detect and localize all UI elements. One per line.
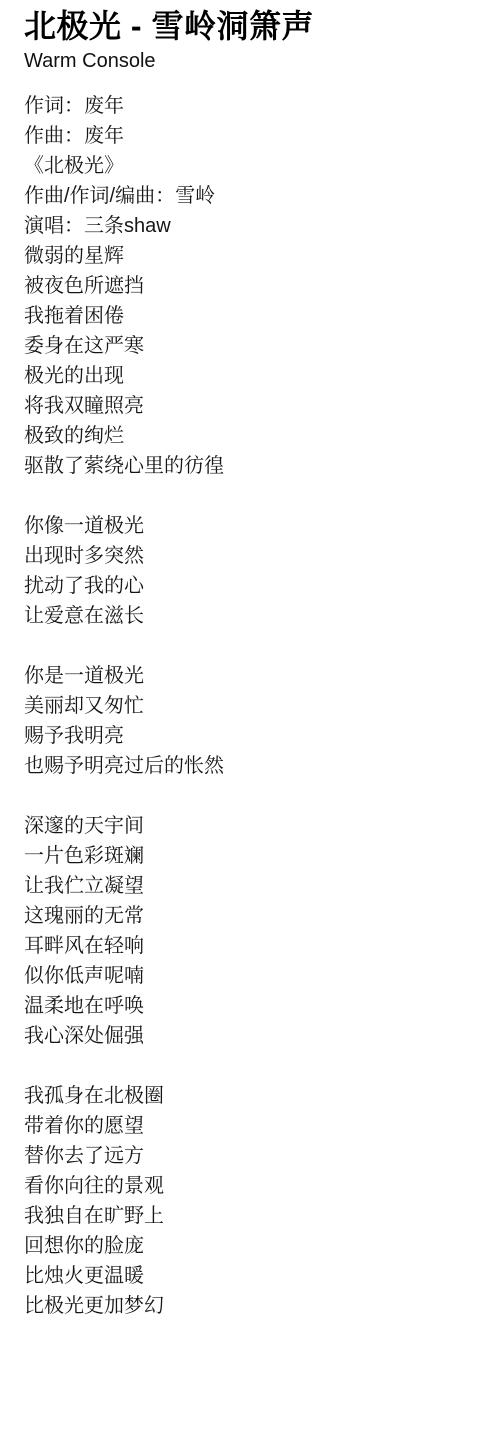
- lyric-line: 比烛火更温暖: [24, 1261, 476, 1291]
- lyric-line: 带着你的愿望: [24, 1111, 476, 1141]
- lyric-stanza: 你是一道极光美丽却又匆忙赐予我明亮也赐予明亮过后的怅然: [24, 661, 476, 781]
- lyric-line: 驱散了萦绕心里的彷徨: [24, 451, 476, 481]
- lyric-line: 耳畔风在轻响: [24, 931, 476, 961]
- lyric-line: 让我伫立凝望: [24, 871, 476, 901]
- page-title: 北极光 - 雪岭洞箫声: [24, 6, 476, 46]
- lyric-line: 我孤身在北极圈: [24, 1081, 476, 1111]
- lyric-line: 你像一道极光: [24, 511, 476, 541]
- lyric-line: 这瑰丽的无常: [24, 901, 476, 931]
- lyric-line: 回想你的脸庞: [24, 1231, 476, 1261]
- lyric-line: 出现时多突然: [24, 541, 476, 571]
- lyric-line: 也赐予明亮过后的怅然: [24, 751, 476, 781]
- lyric-line: 极光的出现: [24, 361, 476, 391]
- lyric-line: 我独自在旷野上: [24, 1201, 476, 1231]
- lyric-line: 扰动了我的心: [24, 571, 476, 601]
- lyric-line: 演唱：三条shaw: [24, 211, 476, 241]
- lyric-line: 让爱意在滋长: [24, 601, 476, 631]
- lyric-line: 委身在这严寒: [24, 331, 476, 361]
- lyric-line: 《北极光》: [24, 151, 476, 181]
- lyric-line: 将我双瞳照亮: [24, 391, 476, 421]
- lyric-line: 微弱的星辉: [24, 241, 476, 271]
- lyric-line: 我心深处倔强: [24, 1021, 476, 1051]
- lyric-line: 一片色彩斑斓: [24, 841, 476, 871]
- lyrics: 作词：废年作曲：废年《北极光》作曲/作词/编曲：雪岭演唱：三条shaw微弱的星辉…: [24, 91, 476, 1321]
- lyric-line: 作词：废年: [24, 91, 476, 121]
- lyric-line: 温柔地在呼唤: [24, 991, 476, 1021]
- lyric-line: 美丽却又匆忙: [24, 691, 476, 721]
- lyric-line: 作曲：废年: [24, 121, 476, 151]
- lyrics-page: 北极光 - 雪岭洞箫声 Warm Console 作词：废年作曲：废年《北极光》…: [0, 0, 500, 1321]
- lyric-stanza: 你像一道极光出现时多突然扰动了我的心让爱意在滋长: [24, 511, 476, 631]
- lyric-stanza: 深邃的天宇间一片色彩斑斓让我伫立凝望这瑰丽的无常耳畔风在轻响似你低声呢喃温柔地在…: [24, 811, 476, 1051]
- lyric-stanza: 作词：废年作曲：废年《北极光》作曲/作词/编曲：雪岭演唱：三条shaw微弱的星辉…: [24, 91, 476, 481]
- lyric-line: 你是一道极光: [24, 661, 476, 691]
- lyric-line: 作曲/作词/编曲：雪岭: [24, 181, 476, 211]
- lyric-line: 被夜色所遮挡: [24, 271, 476, 301]
- lyric-stanza: 我孤身在北极圈带着你的愿望替你去了远方看你向往的景观我独自在旷野上回想你的脸庞比…: [24, 1081, 476, 1321]
- lyric-line: 深邃的天宇间: [24, 811, 476, 841]
- lyric-line: 比极光更加梦幻: [24, 1291, 476, 1321]
- lyric-line: 似你低声呢喃: [24, 961, 476, 991]
- lyric-line: 我拖着困倦: [24, 301, 476, 331]
- artist-name: Warm Console: [24, 48, 476, 74]
- lyric-line: 替你去了远方: [24, 1141, 476, 1171]
- lyric-line: 赐予我明亮: [24, 721, 476, 751]
- lyric-line: 极致的绚烂: [24, 421, 476, 451]
- lyric-line: 看你向往的景观: [24, 1171, 476, 1201]
